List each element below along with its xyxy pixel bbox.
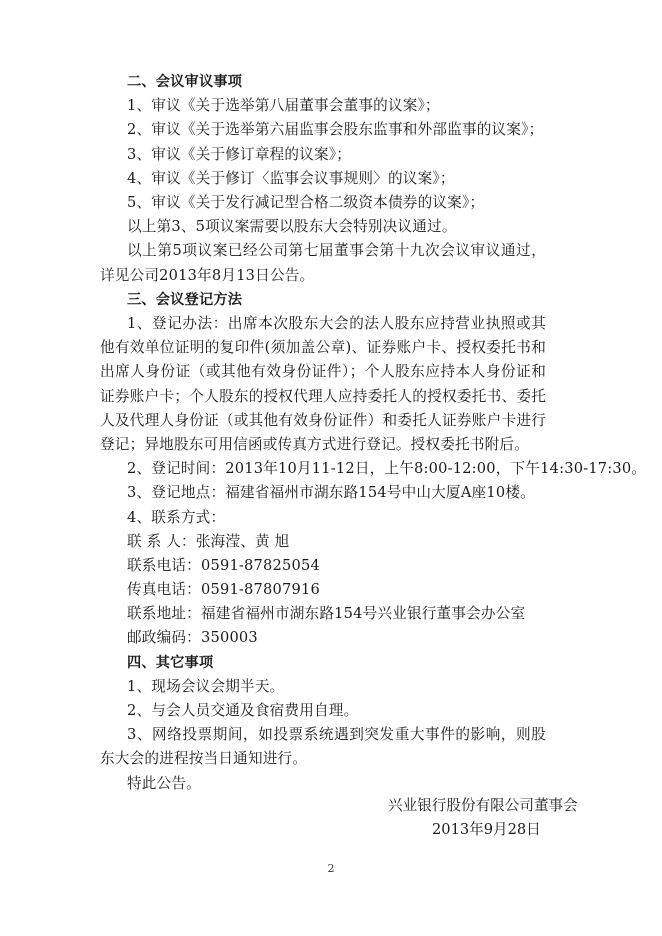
- contact-address-label: 联系地址：: [127, 605, 201, 622]
- other-item-2: 2、与会人员交通及食宿费用自理。: [100, 699, 546, 723]
- agenda-special-resolution-note: 以上第3、5项议案需要以股东大会特别决议通过。: [100, 215, 546, 239]
- contact-phone-label: 联系电话：: [127, 557, 201, 574]
- contact-fax-value: 0591-87807916: [201, 581, 320, 598]
- registration-time: 2、登记时间：2013年10月11-12日，上午8:00-12:00，下午14:…: [100, 457, 546, 481]
- section-heading-other-matters: 四、其它事项: [100, 651, 546, 675]
- contact-person-label: 联 系 人：: [127, 533, 196, 550]
- contact-person: 联 系 人：张海滢、黄 旭: [100, 530, 546, 554]
- contact-person-value: 张海滢、黄 旭: [196, 533, 290, 550]
- contact-postcode-label: 邮政编码：: [127, 629, 201, 646]
- closing-statement: 特此公告。: [100, 772, 546, 796]
- signature-date: 2013年9月28日: [432, 818, 541, 842]
- section-heading-registration: 三、会议登记方法: [100, 288, 546, 312]
- contact-address: 联系地址：福建省福州市湖东路154号兴业银行董事会办公室: [100, 602, 546, 626]
- registration-method-paragraph: 1、登记办法：出席本次股东大会的法人股东应持营业执照或其他有效单位证明的复印件(…: [100, 312, 546, 457]
- contact-fax: 传真电话：0591-87807916: [100, 578, 546, 602]
- other-item-1: 1、现场会议会期半天。: [100, 675, 546, 699]
- section-heading-agenda: 二、会议审议事项: [100, 70, 546, 94]
- contact-fax-label: 传真电话：: [127, 581, 201, 598]
- agenda-item-5: 5、审议《关于发行减记型合格二级资本债券的议案》；: [100, 191, 546, 215]
- signature-organization: 兴业银行股份有限公司董事会: [388, 794, 578, 818]
- agenda-item-1: 1、审议《关于选举第八届董事会董事的议案》；: [100, 94, 546, 118]
- contact-phone-value: 0591-87825054: [201, 557, 320, 574]
- contact-address-value: 福建省福州市湖东路154号兴业银行董事会办公室: [201, 605, 525, 622]
- registration-location: 3、登记地点：福建省福州市湖东路154号中山大厦A座10楼。: [100, 481, 546, 505]
- other-item-3: 3、网络投票期间，如投票系统遇到突发重大事件的影响，则股东大会的进程按当日通知进…: [100, 723, 546, 771]
- page-number: 2: [0, 862, 662, 875]
- document-page: 二、会议审议事项 1、审议《关于选举第八届董事会董事的议案》； 2、审议《关于选…: [100, 70, 546, 796]
- contact-postcode: 邮政编码：350003: [100, 626, 546, 650]
- contact-postcode-value: 350003: [201, 629, 258, 646]
- agenda-item-3: 3、审议《关于修订章程的议案》；: [100, 143, 546, 167]
- agenda-approval-note: 以上第5项议案已经公司第七届董事会第十九次会议审议通过，详见公司2013年8月1…: [100, 239, 546, 287]
- agenda-item-2: 2、审议《关于选举第六届监事会股东监事和外部监事的议案》；: [100, 118, 546, 142]
- contact-heading: 4、联系方式：: [100, 506, 546, 530]
- agenda-item-4: 4、审议《关于修订〈监事会议事规则〉的议案》；: [100, 167, 546, 191]
- contact-phone: 联系电话：0591-87825054: [100, 554, 546, 578]
